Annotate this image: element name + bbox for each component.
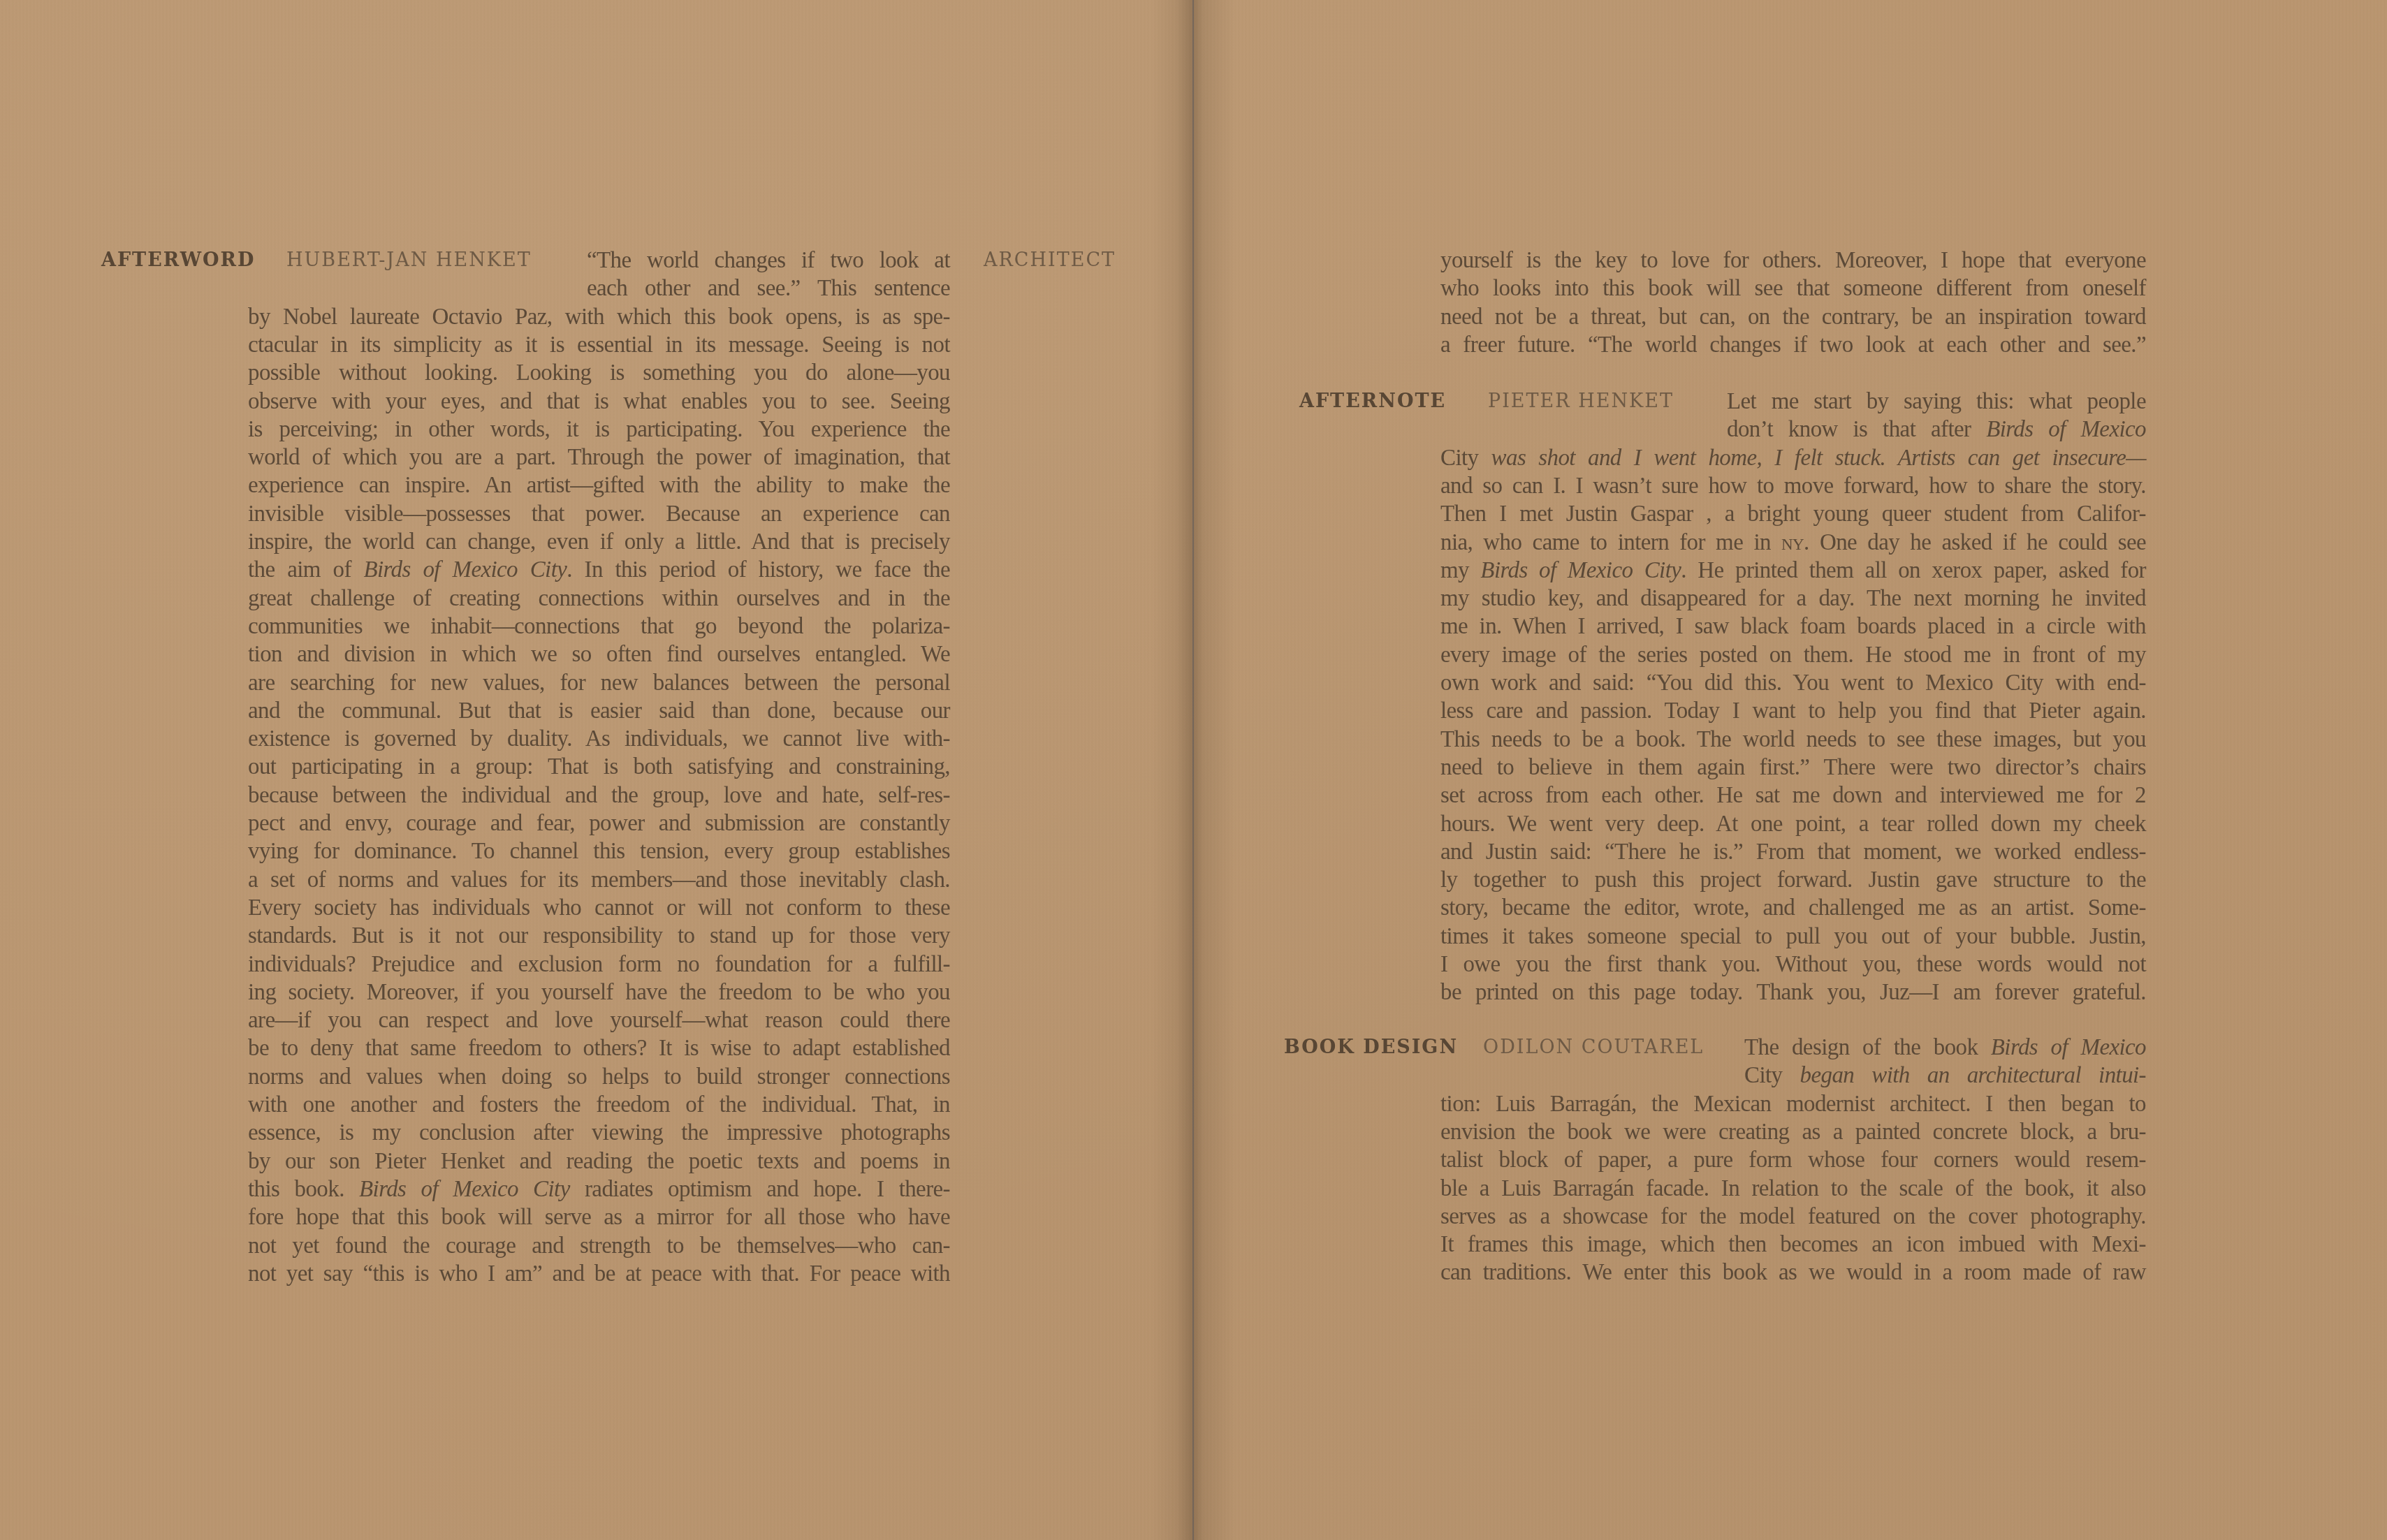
text-line: are—if you can respect and love yourself…	[248, 1006, 950, 1034]
text-line: because between the individual and the g…	[248, 782, 950, 809]
text-line: City began with an architectural intui-	[1744, 1062, 2146, 1090]
text-line: existence is governed by duality. As ind…	[248, 725, 950, 753]
text-line: great challenge of creating connections …	[248, 585, 950, 613]
text-line: with one another and fosters the freedom…	[248, 1091, 950, 1119]
text-line: I owe you the first thank you. Without y…	[1440, 951, 2146, 978]
book-spread: AFTERWORD HUBERT-JAN HENKET ARCHITECT “T…	[0, 0, 2387, 1540]
text-line: It frames this image, which then becomes…	[1440, 1231, 2146, 1259]
text-line: the aim of Birds of Mexico City. In this…	[248, 556, 950, 584]
text-line: own work and said: “You did this. You we…	[1440, 669, 2146, 697]
text-line: ble a Luis Barragán facade. In relation …	[1440, 1175, 2146, 1203]
text-line: story, became the editor, wrote, and cha…	[1440, 894, 2146, 922]
section-label-afternote: AFTERNOTE	[1299, 388, 1446, 416]
text-line: Let me start by saying this: what people	[1727, 388, 2146, 416]
text-line: ing society. Moreover, if you yourself h…	[248, 978, 950, 1006]
text-line: hours. We went very deep. At one point, …	[1440, 810, 2146, 838]
text-line: each other and see.” This sentence	[587, 274, 950, 302]
author-role-architect: ARCHITECT	[984, 247, 1116, 274]
text-line: experience can inspire. An artist—gifted…	[248, 471, 950, 499]
text-line: and so can I. I wasn’t sure how to move …	[1440, 472, 2146, 500]
text-line: me in. When I arrived, I saw black foam …	[1440, 613, 2146, 640]
text-line: who looks into this book will see that s…	[1440, 274, 2146, 302]
text-line: need not be a threat, but can, on the co…	[1440, 303, 2146, 331]
text-line: be printed on this page today. Thank you…	[1440, 978, 2146, 1006]
text-line: a set of norms and values for its member…	[248, 866, 950, 894]
text-line: less care and passion. Today I want to h…	[1440, 697, 2146, 725]
section-label-afterword: AFTERWORD	[101, 247, 255, 274]
text-line: vying for dominance. To channel this ten…	[248, 837, 950, 865]
section-label-book-design: BOOK DESIGN	[1284, 1034, 1458, 1062]
text-line: are searching for new values, for new ba…	[248, 669, 950, 697]
gutter-fold-line	[1192, 0, 1194, 1540]
author-name-pieter-henket: PIETER HENKET	[1488, 388, 1674, 416]
left-page: AFTERWORD HUBERT-JAN HENKET ARCHITECT “T…	[0, 0, 1193, 1540]
text-line: tion and division in which we so often f…	[248, 640, 950, 668]
text-line: Every society has individuals who cannot…	[248, 894, 950, 922]
text-line: The design of the book Birds of Mexico	[1744, 1034, 2146, 1062]
text-line: be to deny that same freedom to others? …	[248, 1034, 950, 1062]
text-line: this book. Birds of Mexico City radiates…	[248, 1175, 950, 1203]
text-line: City was shot and I went home, I felt st…	[1440, 444, 2146, 472]
text-line: and the communal. But that is easier sai…	[248, 697, 950, 725]
right-page: AFTERNOTE PIETER HENKET BOOK DESIGN ODIL…	[1193, 0, 2387, 1540]
text-line: by our son Pieter Henket and reading the…	[248, 1147, 950, 1175]
text-line: serves as a showcase for the model featu…	[1440, 1203, 2146, 1231]
text-line: ly together to push this project forward…	[1440, 866, 2146, 894]
author-name-hubert-jan-henket: HUBERT-JAN HENKET	[286, 247, 532, 274]
text-line: essence, is my conclusion after viewing …	[248, 1119, 950, 1147]
text-line: pect and envy, courage and fear, power a…	[248, 809, 950, 837]
text-line: my Birds of Mexico City. He printed them…	[1440, 557, 2146, 585]
text-line: can traditions. We enter this book as we…	[1440, 1259, 2146, 1286]
text-line: out participating in a group: That is bo…	[248, 753, 950, 781]
text-line: set across from each other. He sat me do…	[1440, 782, 2146, 809]
text-line: yourself is the key to love for others. …	[1440, 247, 2146, 274]
text-line: This needs to be a book. The world needs…	[1440, 726, 2146, 754]
text-line: my studio key, and disappeared for a day…	[1440, 585, 2146, 613]
text-line: possible without looking. Looking is som…	[248, 359, 950, 387]
text-line: communities we inhabit—connections that …	[248, 613, 950, 640]
text-line: a freer future. “The world changes if tw…	[1440, 331, 2146, 359]
text-line: not yet found the courage and strength t…	[248, 1232, 950, 1260]
text-line: need to believe in them again first.” Th…	[1440, 754, 2146, 782]
text-line: Then I met Justin Gaspar , a bright youn…	[1440, 500, 2146, 528]
text-line: world of which you are a part. Through t…	[248, 443, 950, 471]
text-line: “The world changes if two look at	[587, 247, 950, 274]
text-line: norms and values when doing so helps to …	[248, 1063, 950, 1091]
text-line: nia, who came to intern for me in NY. On…	[1440, 529, 2146, 557]
text-line: invisible visible—possesses that power. …	[248, 500, 950, 528]
text-line: every image of the series posted on them…	[1440, 641, 2146, 669]
text-line: observe with your eyes, and that is what…	[248, 388, 950, 416]
text-line: ctacular in its simplicity as it is esse…	[248, 331, 950, 359]
text-line: don’t know is that after Birds of Mexico	[1727, 416, 2146, 443]
text-line: talist block of paper, a pure form whose…	[1440, 1146, 2146, 1174]
text-line: and Justin said: “There he is.” From tha…	[1440, 838, 2146, 866]
text-line: envision the book we were creating as a …	[1440, 1118, 2146, 1146]
text-line: fore hope that this book will serve as a…	[248, 1203, 950, 1231]
text-line: is perceiving; in other words, it is par…	[248, 416, 950, 443]
text-line: not yet say “this is who I am” and be at…	[248, 1260, 950, 1288]
text-line: times it takes someone special to pull y…	[1440, 923, 2146, 951]
text-line: by Nobel laureate Octavio Paz, with whic…	[248, 303, 950, 331]
author-name-odilon-coutarel: ODILON COUTAREL	[1483, 1034, 1704, 1062]
text-line: inspire, the world can change, even if o…	[248, 528, 950, 556]
text-line: individuals? Prejudice and exclusion for…	[248, 951, 950, 978]
text-line: standards. But is it not our responsibil…	[248, 922, 950, 950]
text-line: tion: Luis Barragán, the Mexican moderni…	[1440, 1090, 2146, 1118]
